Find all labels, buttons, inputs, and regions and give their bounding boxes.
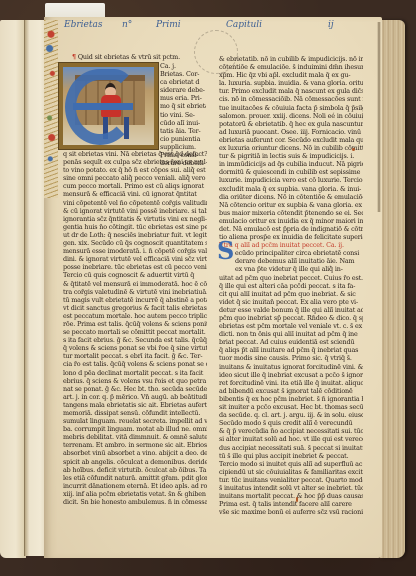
text-line: dus accipiat necessitati suā. s̄ peccat… (219, 444, 363, 452)
text-line: xiij. inf alia pcc̄m ebrietatis vetat. s… (63, 490, 207, 498)
text-line: q̄ volens & sciens ponat se vbi r̄oe q̄ … (63, 344, 207, 352)
text-line: rōe. Prima est talis. q̄cūq̄ volens & … (63, 320, 207, 328)
running-head-3: Primi (156, 20, 181, 30)
text-line: to vino potato. ex q̄ hō n̄ est cōpos … (63, 166, 207, 174)
text-line: sumulat linguam. reuelat secreta. impell… (63, 417, 207, 425)
text-line: mensurā esse imoderatā. i. n̄ cōpetē… (63, 247, 207, 255)
text-line: spicit̄ ab angelis. cōculcat̄ a demonib… (63, 458, 207, 466)
left-column: q sit ebrietas vini. Nā ebrietas q̄ est… (63, 150, 207, 506)
text-line: vt dicit sanctus gregorius & facit talis… (63, 304, 207, 312)
text-line: s̄ inuitatus intendit solū vt alter se … (219, 484, 363, 492)
text-line: inuitans & inuitatus ignorat forcitudine… (219, 363, 363, 371)
text-line: terrenam. Et ambro. in sermone sic ait. … (63, 441, 207, 449)
text-line: gen. xix. Secūdo cū q̄s cognoscit quan… (63, 239, 207, 247)
text-line: ad bibendū excusat̄ s̄ ignorat talē co… (219, 387, 363, 395)
text-line: tū s̄ ille qui plus accipit inebriet̄ &… (219, 452, 363, 460)
text-line: si alter inuitat solū ad hoc. vt ille q… (219, 435, 363, 443)
floral-border-decoration (44, 20, 58, 198)
text-line: la. luxuria. supbia. inuidia. & vana glo… (219, 79, 363, 87)
initial-letter-s: S (217, 240, 235, 262)
text-line: tū magis vult ebrietatē incurrē q̄ ab… (63, 296, 207, 304)
flyleaf-outer (0, 20, 26, 558)
text-line: mensurā & efficaciā vini. cū ignorat … (63, 190, 207, 198)
text-line: luxurie. impudicicia vero est cō luxuri… (219, 176, 363, 184)
text-line: tur mortalit̄ peccat. s ebrī ita facit.… (63, 352, 207, 360)
text-line: tio vini. Se- (160, 111, 206, 119)
text-line: cis. nō in cōmessaciōib̄. Nā cōmess… (219, 95, 363, 103)
text-line: mus eria. Pri- (160, 94, 206, 102)
running-head-4: Capituli (226, 20, 262, 30)
text-line: ignorantia sc̄z q̄ntitatis & virtutis vi… (63, 215, 207, 223)
text-line: dini. & ignorat virtutē vel efficaciā … (63, 255, 207, 263)
text-line: detur esse valde bonum q̄ ille qui aliī… (219, 306, 363, 314)
text-line: Nā cōtencio oritur ex supbia & vana gl… (219, 201, 363, 209)
text-line: tue inuitacōes & cōuiuia facta p̄ simb… (219, 104, 363, 112)
text-line: ba. corrumpit linguam. motat ab illud ne… (63, 425, 207, 433)
text-line: q sit ebrietas vini. Nā ebrietas q̄ est… (63, 150, 207, 158)
text-line: cum pecco mortali. Primo est cū aliqs i… (63, 182, 207, 190)
text-line: xp̄m. Hic q̄z vbi ap̄l. excludit mala q̄… (219, 71, 363, 79)
text-line: sine omni peccato aliq̄̀ pecco veniali. … (63, 174, 207, 182)
text-line: da secūde. q. cl. art. j. argu. iij. & … (219, 411, 363, 419)
chapter-heading: ¶ Quid sit ebrietas & vtrū sit pctm. (72, 53, 208, 61)
text-line: tur. Primo excludit mala q̄ nascunt̄ ex … (219, 87, 363, 95)
text-line: ebrietas auferunt cor. Secūdo excludit … (219, 136, 363, 144)
text-line: cipiendū ut sic cōuiuialitas & familia… (219, 468, 363, 476)
text-line: inuitans mortalit̄ peccat. & hoc p̄p̄ du… (219, 492, 363, 500)
text-line: cōtentiōe & emulaciōe. s̄ induimini d… (219, 63, 363, 71)
right-column: & ebrietatib̄. nō in cubilib̄ & impudic… (219, 55, 363, 516)
text-line: cūdo alī inui- (160, 119, 206, 127)
text-line: ret forcitudinē vini. ita etiā ille q̄… (219, 379, 363, 387)
text-line: excludit mala q̄ ex supbia. vana gloria.… (219, 185, 363, 193)
text-line: tio aliena prosp̄e ex inuidia de felicit… (219, 233, 363, 241)
pilcrow-icon: ¶ (72, 53, 76, 61)
text-line: ebrietas est pc̄m mortale vel veniale vt… (219, 322, 363, 330)
text-line: in immūdicicijs ad q̄s cubilia inducut.… (219, 160, 363, 168)
folio-mark: ij (328, 20, 334, 30)
text-line: memoriā. dissipat sensū. cōfundit int… (63, 409, 207, 417)
text-line: & q̄titatē vel mensurā ei immoderatā.… (63, 280, 207, 288)
historiated-initial (58, 62, 159, 150)
text-line: videt̄ q̄ sic inuitan̄ peccat. Ex alia v… (219, 298, 363, 306)
text-line: tra cor̄gis valetudinē & virtutē vini … (63, 288, 207, 296)
text-line: pc̄m quo inebriat̄ sp̄ peccat. Rn̄deo & … (219, 314, 363, 322)
text-line: est peccatum mortale. hoc autem pecco tr… (63, 312, 207, 320)
text-line: vs̄e sic maxime bonū ei auferre sc̄z vs… (219, 508, 363, 516)
text-line: ex luxuria oriuntur dicens. Nō in cubil… (219, 144, 363, 152)
text-line: Prima est. q̄ talis intendit facere alii… (219, 500, 363, 508)
text-line: ca ebrietat̄ d̄ (160, 78, 206, 86)
text-line: ecūdo principaliter circa ebrietatē co… (219, 249, 363, 257)
text-line: ex vna p̄te videtur q̄ ille qui aliq̄̀ i… (219, 265, 363, 273)
text-line: tur. tūc inuitans venialiter peccat. Qu… (219, 476, 363, 484)
text-line: dicit. Sn bie honesto ambulemus. n̄ in c… (63, 498, 207, 506)
text-line: ideo sicut ille q̄ inebriat̄ excusat̄ a … (219, 371, 363, 379)
text-line: penās sequīt ex culpa sc̄z ebrietas r̄… (63, 158, 207, 166)
text-line: tuor modis sine causis. Primo sic. q̄ vt… (219, 354, 363, 362)
text-line: salomon. prouer. xxiij. dicens. Noli eé … (219, 112, 363, 120)
text-line: uitat ad pc̄m quo inebriat̄ peccet. Cuiu… (219, 274, 363, 282)
text-line: posse inebriare. tūc ebrietas est cū p… (63, 263, 207, 271)
text-line: art. j. in cor. q. p̄ mērico. Vn̄ augū… (63, 393, 207, 401)
text-line: tangens mala ebrietatis sic ait. Ebrieta… (63, 401, 207, 409)
text-line: & q̄ p̄ verecūdia n̄o accipiat necessit… (219, 427, 363, 435)
fore-edge-pages (380, 20, 405, 558)
text-line: gentia huis n̄o cōtingit. tūc ebrietas… (63, 223, 207, 231)
text-line: cio punientia (160, 135, 206, 143)
foxing-spot (296, 497, 298, 502)
text-line: ad luxuriā puocant. Osee. iiij. Fornica… (219, 128, 363, 136)
text-line: cia r̄o est talis. q̄cūq̄ volens & scie… (63, 360, 207, 368)
text-line: q̄ aliqs p̄t aliī inuitare ad pc̄m q̄ i… (219, 346, 363, 354)
text-line: bus maior mixeria cōtendit p̄tenendo se… (219, 209, 363, 217)
text-line: briat̄ peccat. Ad cuius euidentiā est s… (219, 338, 363, 346)
foxing-spot (352, 148, 355, 151)
text-line: potatorū & ebrietatib̄. q̄ hec ex gula … (219, 120, 363, 128)
text-line: Secūdo modo s̄ quis credit aliī ē ver… (219, 419, 363, 427)
text-line: nat se ponat. ḡ &c. Hec bt. tho. secūd… (63, 385, 207, 393)
text-line: & ebrietatib̄. nō in cubilib̄ & impudic… (219, 55, 363, 63)
text-line: cit qui aliī inuitat ad pc̄m quo inebri… (219, 290, 363, 298)
miniature-scene (63, 67, 154, 145)
text-line: dicti. non t̄n ōnis qui aliī inuitat a… (219, 330, 363, 338)
text-line: dia oriūter dicens. Nō in cōtentiōe … (219, 193, 363, 201)
text-line: ut d̄r de Loth: q̄ nesciēs inebriatur f… (63, 231, 207, 239)
text-line: Tercio modo si inuitet quis aliī ad sup… (219, 460, 363, 468)
text-line: tur & pigritiā in lectis suis & impudic… (219, 152, 363, 160)
text-line: dormitū & quiescendi in cubilib̄ est se… (219, 168, 363, 176)
running-head-2: n° (122, 20, 132, 30)
text-line: s ita facit ebrius. ḡ &c. Secunda est t… (63, 336, 207, 344)
text-line: tatis āia. Ter- (160, 127, 206, 135)
page-edge-shadow (377, 22, 381, 212)
text-line: se peccato mortali se cōmittit peccat m… (63, 328, 207, 336)
text-line: & cū ignorat virtutē vini possē inebr… (63, 207, 207, 215)
text-line: derare debemus aliī inuitatio āie. Nam (219, 257, 363, 265)
text-line: emulacio oritur ex inuidia ex q̄ minor m… (219, 217, 363, 225)
initial-letter-e-bar (73, 103, 133, 110)
chapter-heading-text: Quid sit ebrietas & vtrū sit pctm. (78, 53, 180, 61)
text-line: lono d̄ pēa declinat̄ mortalit̄ peccat.… (63, 369, 207, 377)
text-line: mebris debilitat. vitā dimmnuit. & omne… (63, 433, 207, 441)
text-line: siderare debe- (160, 86, 206, 94)
text-line: q̄ ille qui est alteri cāa pcc̄di pecca… (219, 282, 363, 290)
text-line: ab hoībus. deficit̄ virtutib̄. ōculcat… (63, 466, 207, 474)
running-head-1: Ebrietas (64, 20, 102, 30)
text-line: sit inuiter a pcc̄o excusat̄. Hec bt. th… (219, 403, 363, 411)
text-line: mo q̄ sit ebrietas (160, 102, 206, 110)
text-line: absorbet vinū absorbet̄ a vino. abijcit… (63, 449, 207, 457)
text-line: vini cōpetentē vel n̄o cōpetentē cor… (63, 199, 207, 207)
text-line: det. Nā emulacō est p̄pria de indignat… (219, 225, 363, 233)
text-line: Tercio cū quis cognoscit & aduertit vir… (63, 271, 207, 279)
text-line: bibentis q̄ ex hoc pc̄m inebriet̄. s̄ n̄… (219, 395, 363, 403)
text-line: Vtrū q aliī ad pcc̄m inuitat peccet. C… (219, 241, 363, 249)
text-line: ebrius. q̄ sciens & volens vsu r̄ois et … (63, 377, 207, 385)
text-line: les etiā cōfundit naturā. amittit gr̄… (63, 474, 207, 482)
text-line: Ca. j. (160, 62, 206, 70)
text-line: incurrit dānationem eternā. Et ideo ap… (63, 482, 207, 490)
text-line: Brietas. Cor- (160, 70, 206, 78)
